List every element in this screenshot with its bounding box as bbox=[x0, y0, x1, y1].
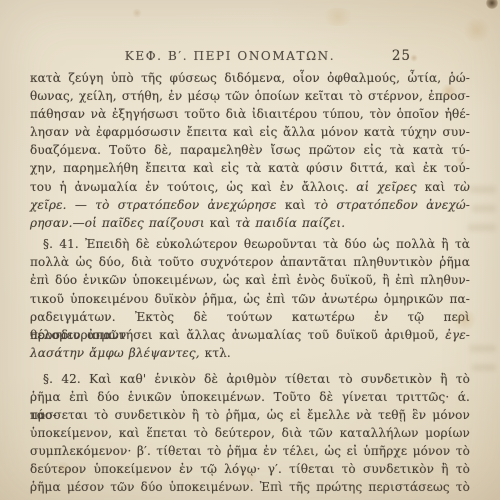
example-phrase: αἱ χεῖρες bbox=[356, 180, 417, 194]
body-text: συμπλεκόμενον· β′. τίθεται τὸ ῥῆμα ἐν τέ… bbox=[30, 444, 470, 458]
example-phrase: τὰ παιδία παίζει. bbox=[235, 216, 345, 230]
paragraph: §. 42. Καὶ καθ' ἑνικὸν δὲ ἀριθμὸν τίθετα… bbox=[30, 370, 470, 497]
text-line: §. 42. Καὶ καθ' ἑνικὸν δὲ ἀριθμὸν τίθετα… bbox=[30, 370, 470, 388]
example-phrase: χεῖρε. bbox=[30, 198, 67, 212]
text-block: κατὰ ζεύγη ὑπὸ τῆς φύσεως διδόμενα, οἷον… bbox=[30, 69, 470, 496]
body-text: καὶ bbox=[205, 216, 236, 230]
paragraph: κατὰ ζεύγη ὑπὸ τῆς φύσεως διδόμενα, οἷον… bbox=[30, 69, 470, 232]
text-line: ῥῆμα ἐπὶ δύο ἑνικῶν ὑποκειμένων. Τοῦτο δ… bbox=[30, 388, 470, 406]
text-line: θέλομεν ἀπαντήσει καὶ ἄλλας ἀνωμαλίας το… bbox=[30, 326, 470, 344]
text-line: §. 41. Ἐπειδὴ δὲ εὐκολώτερον θεωροῦνται … bbox=[30, 235, 470, 253]
text-line: ἐπὶ δύο ἑνικῶν ὑποκειμένων, ὡς καὶ ἐπὶ ἑ… bbox=[30, 271, 470, 289]
example-phrase: τὼ bbox=[453, 180, 470, 194]
foxing-stain bbox=[462, 18, 492, 42]
page-header: ΚΕΦ. Β′. ΠΕΡΙ ΟΝΟΜΑΤΩΝ. 25 bbox=[30, 48, 470, 64]
body-text: — bbox=[67, 198, 96, 212]
ink-bleedthrough bbox=[468, 224, 496, 231]
text-line: χεῖρε. — τὸ στρατόπεδον ἀνεχώρησε καὶ τὸ… bbox=[30, 196, 470, 214]
text-line: τικοῦ ὑποκειμένου δυϊκὸν ῥῆμα, ὡς ἐπὶ τῶ… bbox=[30, 290, 470, 308]
text-line: πολλὰ ὡς δύο, διὰ τοῦτο συχνότερον ἀπαντ… bbox=[30, 253, 470, 271]
body-text: ῥῆμα μέσον τῶν δύο ὑποκειμένων. Ἐπὶ τῆς … bbox=[30, 480, 470, 494]
text-line: κατὰ ζεύγη ὑπὸ τῆς φύσεως διδόμενα, οἷον… bbox=[30, 69, 470, 87]
text-line: τάσσεται τὸ συνδετικὸν ἢ τὸ ῥῆμα, ὡς εἰ … bbox=[30, 406, 470, 424]
paragraph: §. 41. Ἐπειδὴ δὲ εὐκολώτερον θεωροῦνται … bbox=[30, 235, 470, 362]
body-text: θωνας, χείλη, στήθη, ἐν μέσῳ τῶν ὁποίων … bbox=[30, 89, 470, 103]
body-text: ἐπὶ δύο ἑνικῶν ὑποκειμένων, ὡς καὶ ἐπὶ ἑ… bbox=[30, 273, 470, 287]
body-text: κατὰ ζεύγη ὑπὸ τῆς φύσεως διδόμενα, οἷον… bbox=[30, 71, 470, 85]
body-text: ὑποκείμενον, καὶ ἕπεται τὸ δεύτερον, διὰ… bbox=[30, 426, 470, 440]
text-line: θωνας, χείλη, στήθη, ἐν μέσῳ τῶν ὁποίων … bbox=[30, 87, 470, 105]
text-line: πάθησαν νὰ ἐξηγήσωσι τοῦτο διὰ ἰδιαιτέρο… bbox=[30, 105, 470, 123]
text-line: του ἡ ἀνωμαλία ἐν τούτοις, ὡς καὶ ἐν ἄλλ… bbox=[30, 178, 470, 196]
body-text: του ἡ ἀνωμαλία ἐν τούτοις, ὡς καὶ ἐν ἄλλ… bbox=[30, 180, 356, 194]
example-phrase: λασάτην ἄμφω βλέψαντες, bbox=[30, 346, 200, 360]
text-line: λασάτην ἄμφω βλέψαντες, κτλ. bbox=[30, 344, 470, 362]
body-text: καὶ bbox=[417, 180, 453, 194]
body-text: πολλὰ ὡς δύο, διὰ τοῦτο συχνότερον ἀπαντ… bbox=[30, 255, 470, 269]
ink-spot-stain bbox=[486, 0, 498, 9]
body-text: δεύτερον ὑποκείμενον ἐν τῷ λόγῳ· γ′. τίθ… bbox=[30, 462, 470, 476]
example-phrase: ἐγε- bbox=[445, 328, 470, 342]
text-line: δεύτερον ὑποκείμενον ἐν τῷ λόγῳ· γ′. τίθ… bbox=[30, 460, 470, 478]
ink-bleedthrough bbox=[470, 186, 496, 193]
body-text: καὶ bbox=[277, 198, 314, 212]
body-text: §. 42. Καὶ καθ' ἑνικὸν δὲ ἀριθμὸν τίθετα… bbox=[43, 372, 470, 386]
foxing-stain bbox=[320, 8, 356, 26]
ink-bleedthrough bbox=[470, 345, 496, 352]
body-text: κτλ. bbox=[200, 346, 231, 360]
text-line: συμπλεκόμενον· β′. τίθεται τὸ ῥῆμα ἐν τέ… bbox=[30, 442, 470, 460]
text-line: ρησαν.—οἱ παῖδες παίζουσι καὶ τὰ παιδία … bbox=[30, 214, 470, 232]
body-text: θέλομεν ἀπαντήσει καὶ ἄλλας ἀνωμαλίας το… bbox=[30, 328, 445, 342]
body-text: λησαν νὰ ἐφαρμόσωσιν ἔπειτα καὶ εἰς ἄλλα… bbox=[30, 125, 470, 139]
body-text: τάσσεται τὸ συνδετικὸν ἢ τὸ ῥῆμα, ὡς εἰ … bbox=[30, 408, 470, 422]
text-line: ραδειγμάτων. Ἐκτὸς δὲ τούτων κατωτέρω ἐν… bbox=[30, 308, 470, 326]
example-phrase: ρησαν. bbox=[30, 216, 73, 230]
example-phrase: οἱ παῖδες παίζουσι bbox=[85, 216, 205, 230]
ink-bleedthrough bbox=[472, 205, 496, 212]
text-line: ὑποκείμενον, καὶ ἕπεται τὸ δεύτερον, διὰ… bbox=[30, 424, 470, 442]
body-text: πάθησαν νὰ ἐξηγήσωσι τοῦτο διὰ ἰδιαιτέρο… bbox=[30, 107, 470, 121]
body-text: — bbox=[73, 216, 85, 230]
text-line: δυαζόμενα. Τοῦτο δὲ, παραμεληθὲν ἴσως πρ… bbox=[30, 141, 470, 159]
body-text: τικοῦ ὑποκειμένου δυϊκὸν ῥῆμα, ὡς ἐπὶ τῶ… bbox=[30, 292, 470, 306]
book-page-scan: ΚΕΦ. Β′. ΠΕΡΙ ΟΝΟΜΑΤΩΝ. 25 κατὰ ζεύγη ὑπ… bbox=[0, 0, 500, 500]
foxing-stain bbox=[132, 8, 142, 18]
text-line: ῥῆμα μέσον τῶν δύο ὑποκειμένων. Ἐπὶ τῆς … bbox=[30, 478, 470, 496]
page-number: 25 bbox=[392, 48, 411, 64]
body-text: δυαζόμενα. Τοῦτο δὲ, παραμεληθὲν ἴσως πρ… bbox=[30, 143, 470, 157]
text-line: λησαν νὰ ἐφαρμόσωσιν ἔπειτα καὶ εἰς ἄλλα… bbox=[30, 123, 470, 141]
body-text: §. 41. Ἐπειδὴ δὲ εὐκολώτερον θεωροῦνται … bbox=[43, 237, 470, 251]
ink-bleedthrough bbox=[472, 364, 496, 371]
body-text: χην, παρημελήθη ἔπειτα καὶ εἰς τὰ κατὰ φ… bbox=[30, 161, 470, 175]
example-phrase: τὸ στρατόπεδον ἀνεχώ- bbox=[314, 198, 470, 212]
text-line: χην, παρημελήθη ἔπειτα καὶ εἰς τὰ κατὰ φ… bbox=[30, 159, 470, 177]
example-phrase: τὸ στρατόπεδον ἀνεχώρησε bbox=[95, 198, 276, 212]
